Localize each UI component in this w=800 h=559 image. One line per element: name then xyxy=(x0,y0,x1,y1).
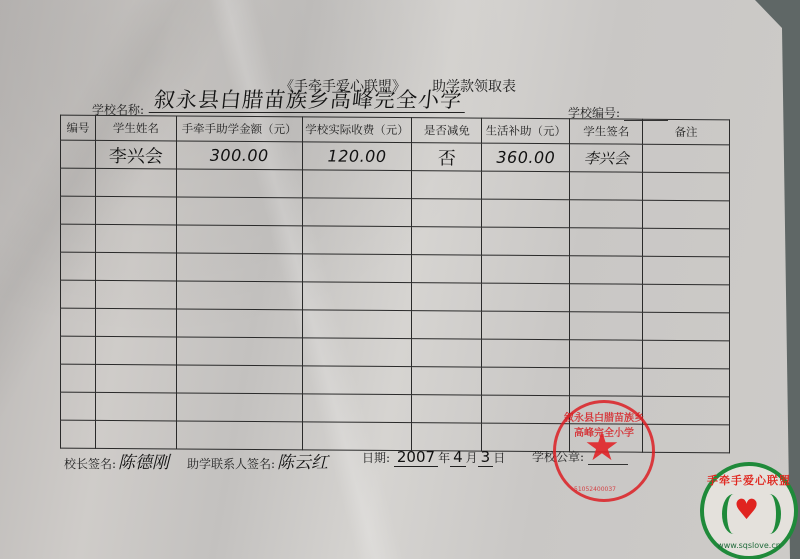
seal-code: 51052400037 xyxy=(574,486,616,493)
cell-waived xyxy=(412,339,482,367)
cell-living-subsidy xyxy=(482,227,570,256)
cell-waived: 否 xyxy=(412,143,482,171)
cell-living-subsidy xyxy=(482,311,570,340)
cell-no xyxy=(61,252,96,280)
cell-no xyxy=(61,224,96,252)
school-official-seal: 叙永县白腊苗族乡高峰完全小学 ★ 51052400037 xyxy=(553,400,655,502)
cell-student-signature xyxy=(570,228,643,257)
cell-student-signature: 李兴会 xyxy=(570,144,643,173)
cell-living-subsidy xyxy=(482,171,570,200)
cell-aid-amount xyxy=(176,197,302,226)
cell-living-subsidy xyxy=(482,395,570,424)
col-header-school-fee: 学校实际收费（元） xyxy=(302,117,412,143)
cell-student-signature xyxy=(570,340,643,369)
col-header-student-name: 学生姓名 xyxy=(95,115,176,141)
cell-school-fee xyxy=(302,282,412,311)
cell-no xyxy=(61,392,96,420)
star-icon: ★ xyxy=(584,427,620,467)
cell-no xyxy=(61,420,96,448)
cell-aid-amount xyxy=(176,421,302,450)
contact-signature-field: 助学联系人签名:陈云红 xyxy=(187,448,328,473)
col-header-student-signature: 学生签名 xyxy=(570,119,643,145)
cell-waived xyxy=(412,311,482,339)
cell-student-name: 李兴会 xyxy=(95,140,176,169)
cell-student-name xyxy=(95,420,176,449)
cell-remark xyxy=(643,396,730,425)
contact-signature: 陈云红 xyxy=(277,453,328,473)
col-header-remark: 备注 xyxy=(643,119,730,145)
cell-student-name xyxy=(95,252,176,281)
cell-student-signature xyxy=(570,200,643,229)
cell-school-fee xyxy=(302,170,412,199)
cell-student-signature xyxy=(570,312,643,341)
cell-living-subsidy xyxy=(482,339,570,368)
cell-aid-amount xyxy=(176,281,302,310)
cell-remark xyxy=(643,284,730,313)
date-label: 日期: xyxy=(362,451,390,465)
right-hand-icon xyxy=(758,494,781,534)
cell-school-fee xyxy=(302,310,412,339)
col-header-waived: 是否减免 xyxy=(412,118,482,143)
cell-living-subsidy xyxy=(482,367,570,396)
cell-remark xyxy=(643,256,730,285)
cell-living-subsidy xyxy=(482,283,570,312)
cell-no xyxy=(61,140,96,168)
date-year: 2007 xyxy=(394,448,438,467)
school-name-value: 叙永县白腊苗族乡高峰完全小学 xyxy=(149,88,468,113)
cell-no xyxy=(61,168,96,196)
cell-school-fee xyxy=(302,366,412,395)
cell-student-name xyxy=(95,168,176,197)
cell-no xyxy=(61,196,96,224)
cell-student-name xyxy=(95,280,176,309)
cell-no xyxy=(61,308,96,336)
heart-icon: ♥ xyxy=(734,496,759,524)
cell-aid-amount xyxy=(176,337,302,366)
col-header-aid-amount: 手牵手助学金额（元） xyxy=(176,116,302,142)
col-header-living-subsidy: 生活补助（元） xyxy=(482,118,570,144)
cell-waived xyxy=(412,255,482,283)
col-header-no: 编号 xyxy=(61,115,96,140)
cell-school-fee xyxy=(302,394,412,423)
date-year-unit: 年 xyxy=(438,451,450,465)
contact-signature-label: 助学联系人签名: xyxy=(187,457,275,471)
cell-waived xyxy=(412,395,482,423)
cell-waived xyxy=(412,423,482,451)
cell-remark xyxy=(643,172,730,201)
cell-student-name xyxy=(95,196,176,225)
cell-living-subsidy: 360.00 xyxy=(482,143,570,172)
cell-remark xyxy=(643,228,730,257)
cell-living-subsidy xyxy=(482,255,570,284)
date-month-unit: 月 xyxy=(466,451,478,465)
cell-school-fee xyxy=(302,338,412,367)
logo-text: 手牵手爱心联盟 xyxy=(704,472,794,488)
cell-waived xyxy=(412,283,482,311)
cell-no xyxy=(61,280,96,308)
cell-student-signature xyxy=(570,172,643,201)
date-month: 4 xyxy=(450,448,466,467)
cell-student-signature xyxy=(570,368,643,397)
cell-school-fee xyxy=(302,254,412,283)
cell-remark xyxy=(643,424,730,453)
principal-signature-field: 校长签名:陈德刚 xyxy=(64,448,169,473)
cell-aid-amount xyxy=(176,309,302,338)
cell-remark xyxy=(643,312,730,341)
cell-living-subsidy xyxy=(482,199,570,228)
cell-remark xyxy=(643,200,730,229)
cell-aid-amount xyxy=(176,225,302,254)
date-day-unit: 日 xyxy=(493,451,505,465)
cell-school-fee xyxy=(302,226,412,255)
date-day: 3 xyxy=(478,448,494,467)
cell-aid-amount: 300.00 xyxy=(176,141,302,170)
cell-student-signature xyxy=(570,284,643,313)
cell-student-name xyxy=(95,224,176,253)
cell-aid-amount xyxy=(176,253,302,282)
cell-no xyxy=(61,336,96,364)
alliance-logo: 手牵手爱心联盟 ♥ www.sqslove.cn xyxy=(700,462,798,559)
principal-signature-label: 校长签名: xyxy=(64,457,116,471)
date-field: 日期: 2007年4月3日 xyxy=(362,448,505,467)
cell-waived xyxy=(412,199,482,227)
cell-waived xyxy=(412,227,482,255)
cell-school-fee: 120.00 xyxy=(302,142,412,171)
cell-student-name xyxy=(95,392,176,421)
aid-receipt-table: 编号 学生姓名 手牵手助学金额（元） 学校实际收费（元） 是否减免 生活补助（元… xyxy=(60,115,730,454)
cell-school-fee xyxy=(302,422,412,451)
cell-waived xyxy=(412,367,482,395)
cell-school-fee xyxy=(302,198,412,227)
cell-remark xyxy=(643,368,730,397)
principal-signature: 陈德刚 xyxy=(118,453,169,473)
cell-remark xyxy=(643,340,730,369)
cell-aid-amount xyxy=(176,393,302,422)
cell-student-name xyxy=(95,308,176,337)
cell-aid-amount xyxy=(176,169,302,198)
cell-waived xyxy=(412,171,482,199)
cell-student-name xyxy=(95,336,176,365)
cell-student-name xyxy=(95,364,176,393)
cell-remark xyxy=(643,144,730,173)
cell-aid-amount xyxy=(176,365,302,394)
cell-no xyxy=(61,364,96,392)
logo-url: www.sqslove.cn xyxy=(704,541,794,550)
cell-student-signature xyxy=(570,256,643,285)
